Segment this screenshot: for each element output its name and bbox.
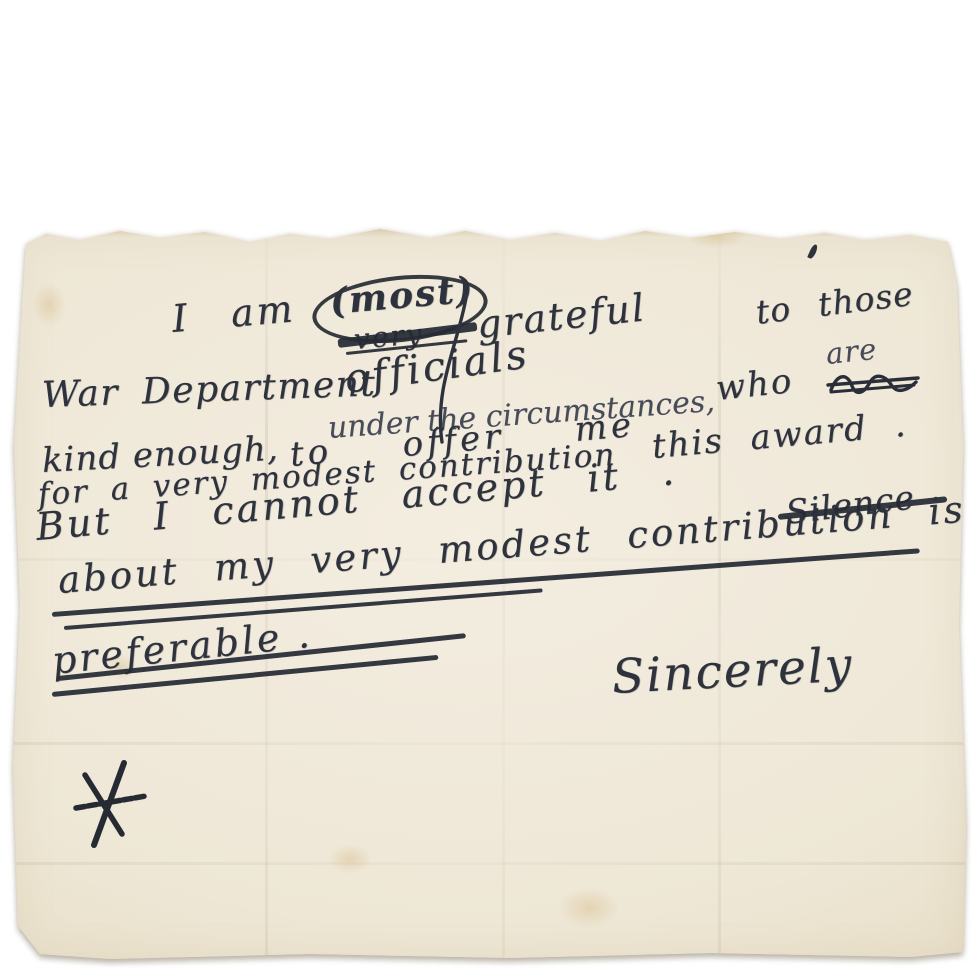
paper-stain <box>328 844 372 874</box>
paper-stain <box>558 888 620 928</box>
paper-stain <box>32 282 66 328</box>
word-i-am: I am <box>170 289 297 338</box>
paper-stain <box>686 226 746 248</box>
scanned-document-page: I am (most) very grateful to those War D… <box>0 0 978 978</box>
word-who: who <box>714 364 795 406</box>
paper-crease-horizontal <box>10 742 968 745</box>
paper-crease-vertical <box>718 226 721 966</box>
signature-sincerely: Sincerely <box>611 641 855 701</box>
torn-edge-tint <box>10 226 968 237</box>
scribbled-out-word <box>828 370 920 400</box>
paper-crease-horizontal <box>10 862 968 865</box>
word-are-inserted: are <box>824 335 878 369</box>
asterisk-mark <box>72 760 150 848</box>
